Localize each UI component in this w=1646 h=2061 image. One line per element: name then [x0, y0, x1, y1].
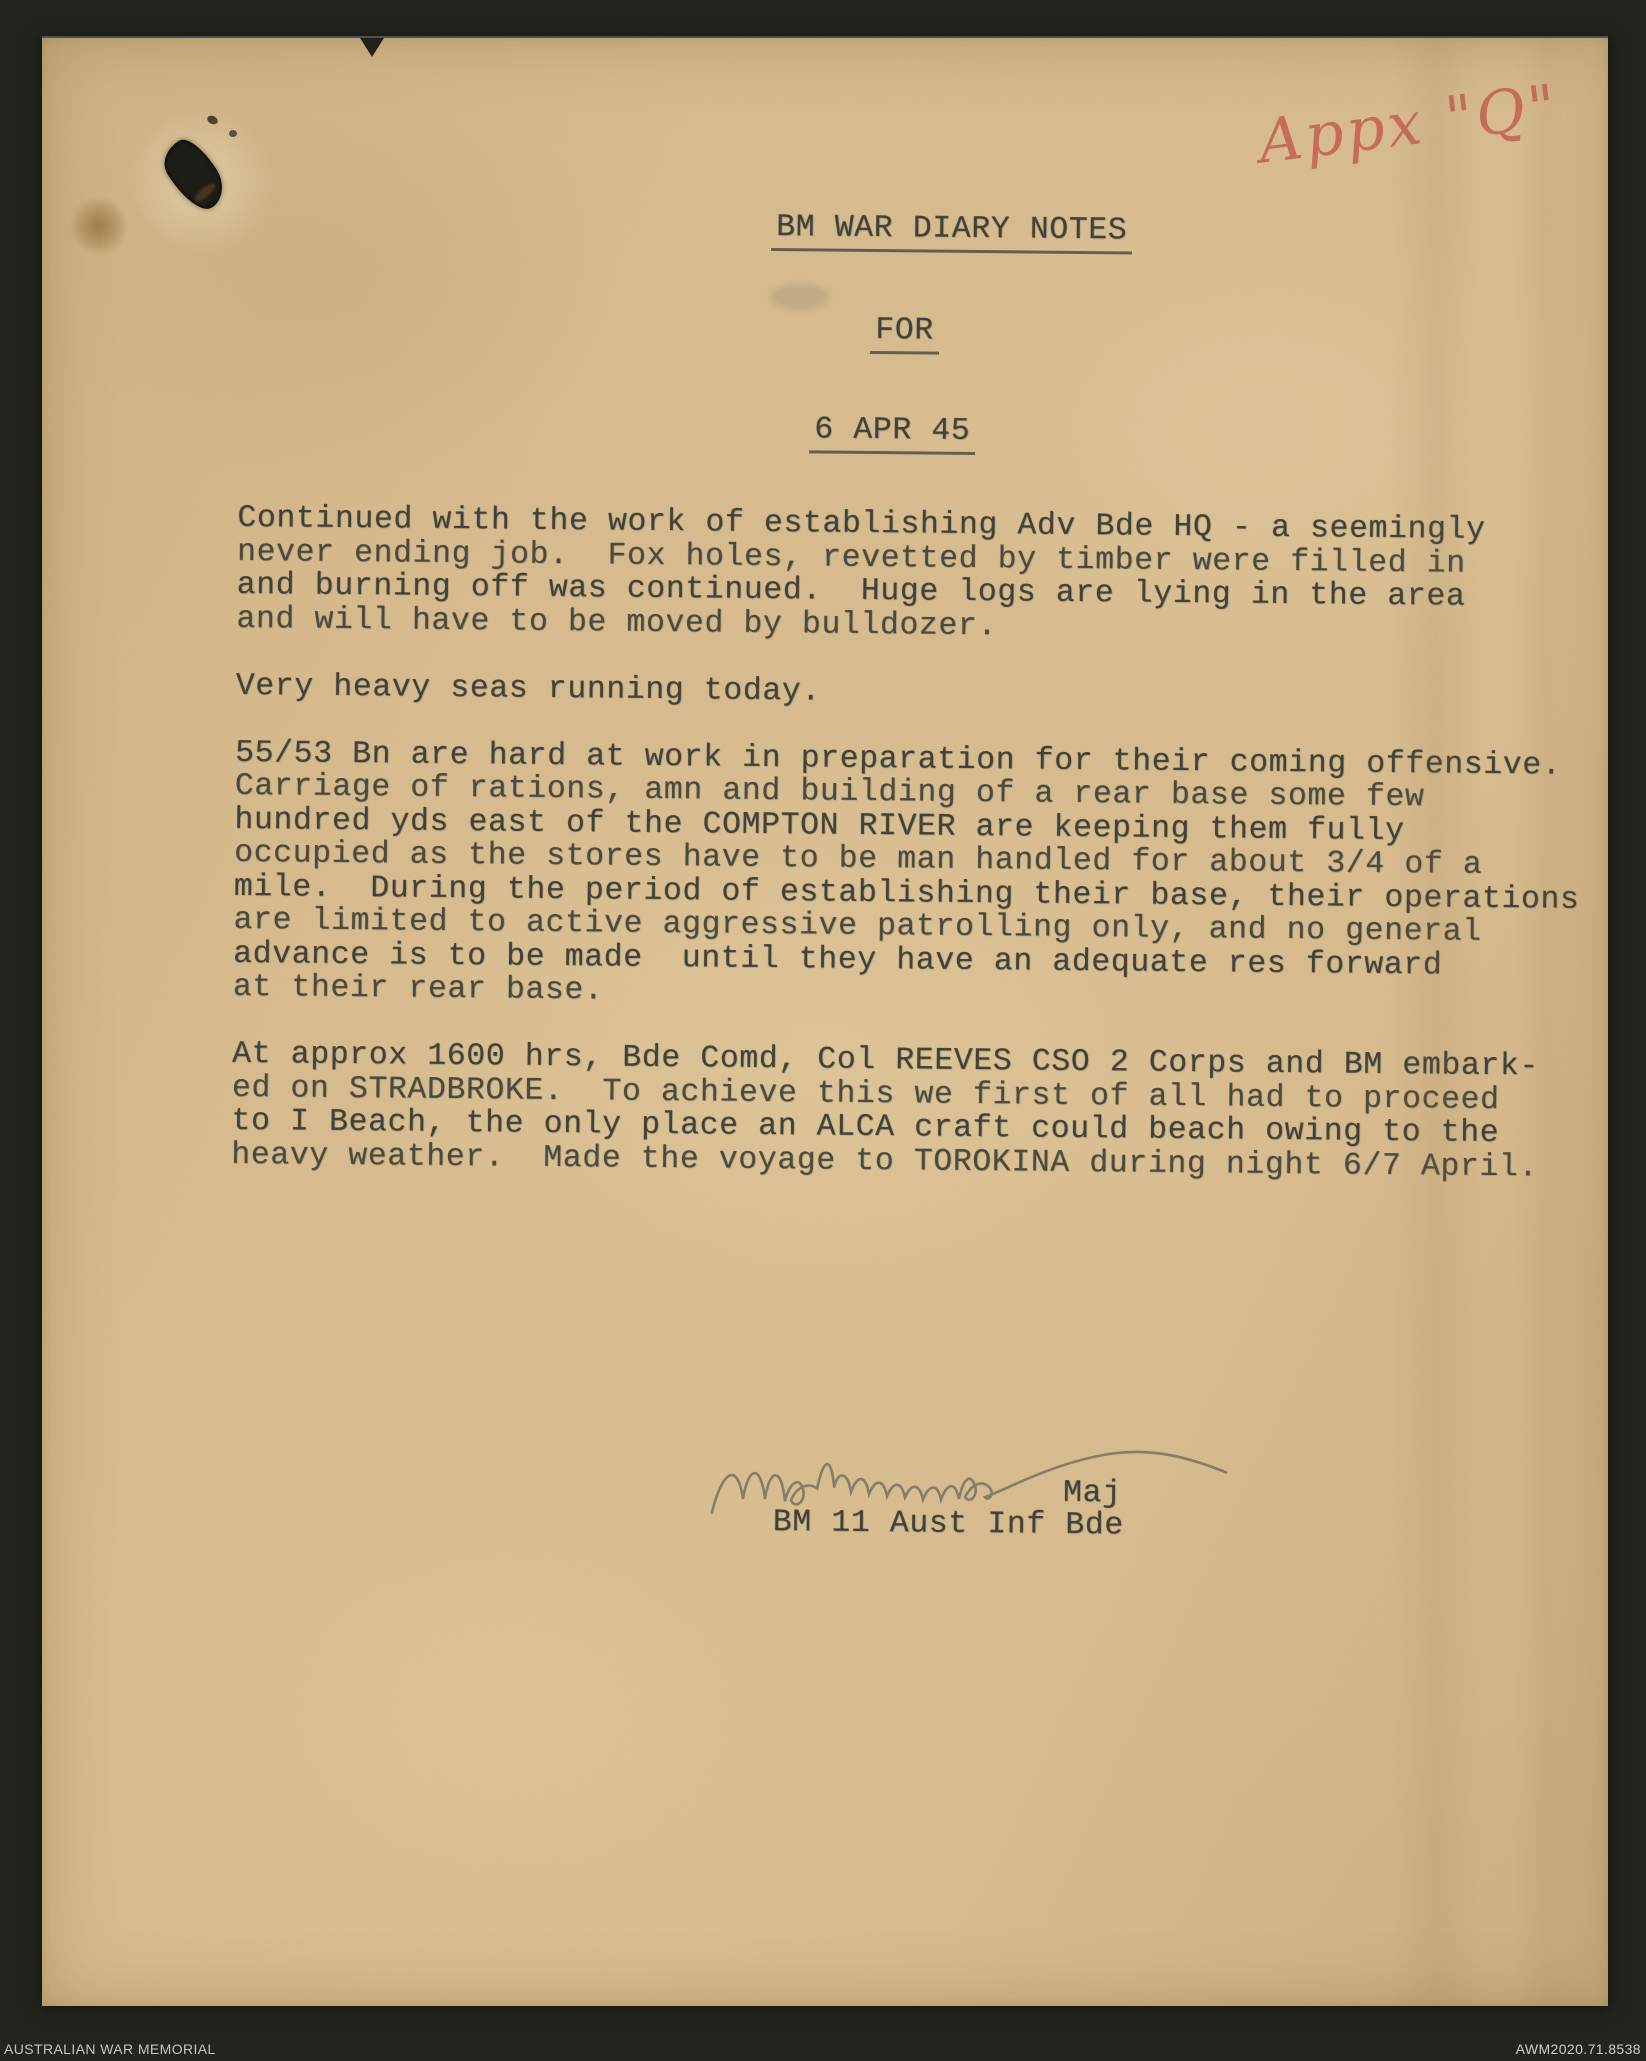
paragraph: Very heavy seas running today. — [236, 669, 1636, 716]
paragraph: Continued with the work of establishing … — [236, 502, 1637, 649]
signature-unit: BM 11 Aust Inf Bde — [773, 1505, 1124, 1543]
scan-background: Appx "Q" BM WAR DIARY NOTES FOR 6 APR 45… — [0, 0, 1646, 2061]
archive-watermark: AUSTRALIAN WAR MEMORIAL — [4, 2041, 216, 2057]
diary-body: Continued with the work of establishing … — [231, 502, 1638, 1219]
typed-line: Very heavy seas running today. — [236, 669, 1636, 716]
title-for: FOR — [719, 277, 940, 390]
paragraph: At approx 1600 hrs, Bde Comd, Col REEVES… — [231, 1038, 1632, 1185]
signature-rank: Maj — [1063, 1476, 1122, 1512]
document-page: Appx "Q" BM WAR DIARY NOTES FOR 6 APR 45… — [42, 38, 1608, 2006]
catalogue-number: AWM2020.71.8538 — [1516, 2041, 1641, 2057]
page-title: BM WAR DIARY NOTES — [620, 174, 1133, 290]
typed-content: BM WAR DIARY NOTES FOR 6 APR 45 Continue… — [23, 38, 1608, 2021]
paragraph: 55/53 Bn are hard at work in preparation… — [233, 736, 1636, 1017]
entry-date: 6 APR 45 — [658, 376, 976, 490]
